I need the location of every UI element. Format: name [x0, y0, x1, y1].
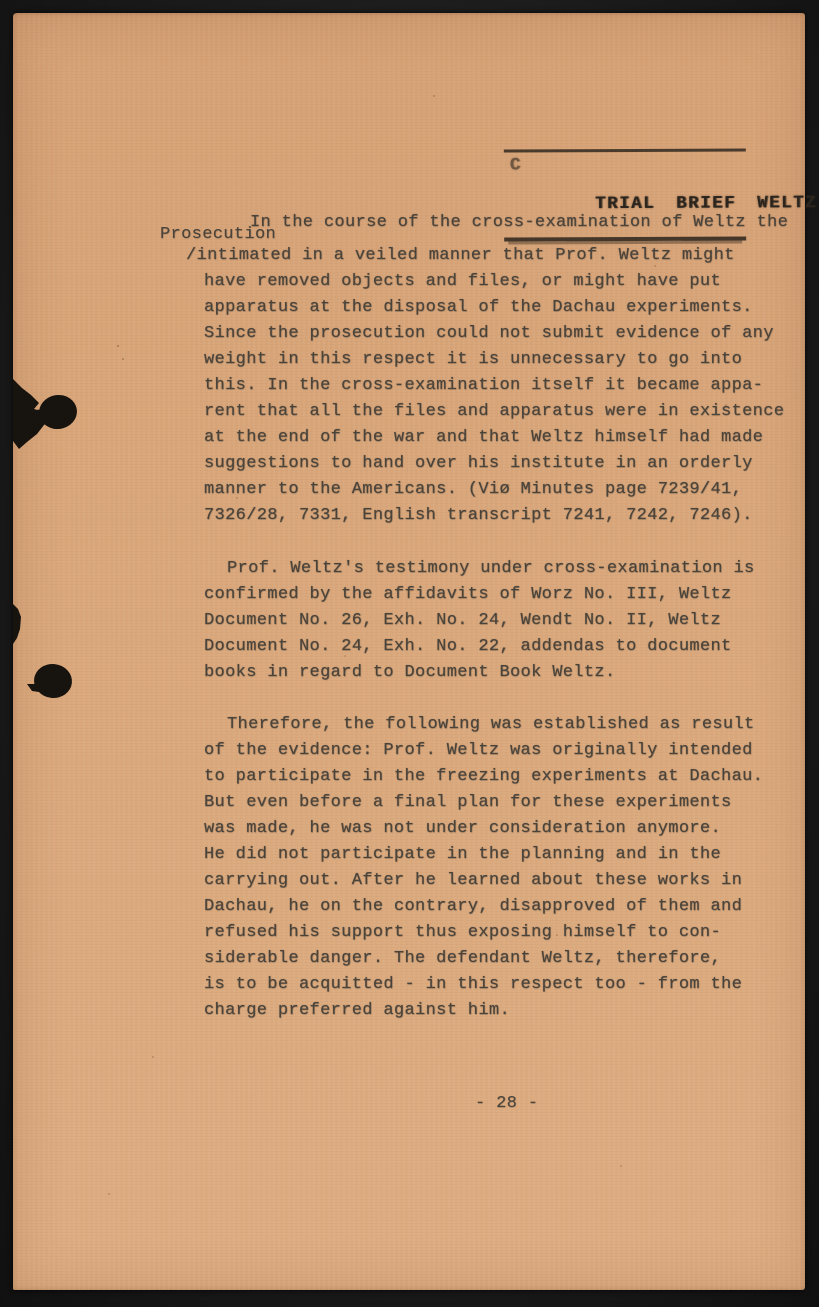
- text-line: carrying out. After he learned about the…: [204, 868, 814, 894]
- text-line: manner to the Americans. (Viø Minutes pa…: [204, 477, 814, 503]
- text-line: was made, he was not under consideration…: [204, 816, 814, 842]
- text-line: Document No. 26, Exh. No. 24, Wendt No. …: [204, 608, 814, 634]
- text-line: weight in this respect it is unnecessary…: [204, 347, 814, 373]
- paragraph-2: Prof. Weltz's testimony under cross-exam…: [204, 556, 814, 686]
- ink-blot-lower: [27, 662, 74, 700]
- text-line: Prof. Weltz's testimony under cross-exam…: [204, 556, 814, 582]
- text-line: to participate in the freezing experimen…: [204, 764, 814, 790]
- text-line: siderable danger. The defendant Weltz, t…: [204, 946, 814, 972]
- page-number: - 28 -: [475, 1094, 538, 1113]
- text-line: confirmed by the affidavits of Worz No. …: [204, 582, 814, 608]
- text-line: is to be acquitted - in this respect too…: [204, 972, 814, 998]
- text-line: charge preferred against him.: [204, 998, 814, 1024]
- text-line: books in regard to Document Book Weltz.: [204, 660, 814, 686]
- paper-speckles: [13, 13, 15, 15]
- text-line: Since the prosecution could not submit e…: [204, 321, 814, 347]
- text-line: refused his support thus exposing himsel…: [204, 920, 814, 946]
- text-line: this. In the cross-examination itself it…: [204, 373, 814, 399]
- text-line: have removed objects and files, or might…: [204, 269, 814, 295]
- text-line: 7326/28, 7331, English transcript 7241, …: [204, 503, 814, 529]
- edge-notch: [13, 604, 21, 644]
- stamp-overstrike-mark: C: [510, 155, 522, 175]
- text-line: suggestions to hand over his institute i…: [204, 451, 814, 477]
- text-line: In the course of the cross-examination o…: [204, 210, 814, 236]
- text-line: He did not participate in the planning a…: [204, 842, 814, 868]
- text-line: /intimated in a veiled manner that Prof.…: [186, 243, 814, 269]
- text-line: apparatus at the disposal of the Dachau …: [204, 295, 814, 321]
- document-page: C TRIAL BRIEF WELTZ Prosecution In the c…: [13, 13, 805, 1290]
- text-line: rent that all the files and apparatus we…: [204, 399, 814, 425]
- paragraph-3: Therefore, the following was established…: [204, 712, 814, 1024]
- text-line: of the evidence: Prof. Weltz was origina…: [204, 738, 814, 764]
- text-line: Dachau, he on the contrary, disapproved …: [204, 894, 814, 920]
- ink-blot-upper: [13, 379, 79, 449]
- ink-blot-group: [13, 13, 103, 773]
- paragraph-1: In the course of the cross-examination o…: [204, 210, 814, 529]
- text-line: But even before a final plan for these e…: [204, 790, 814, 816]
- text-line: Document No. 24, Exh. No. 22, addendas t…: [204, 634, 814, 660]
- scanned-document-backdrop: { "header": { "stamp": "TRIAL BRIEF WELT…: [0, 0, 819, 1307]
- text-line: at the end of the war and that Weltz him…: [204, 425, 814, 451]
- text-line: Therefore, the following was established…: [204, 712, 814, 738]
